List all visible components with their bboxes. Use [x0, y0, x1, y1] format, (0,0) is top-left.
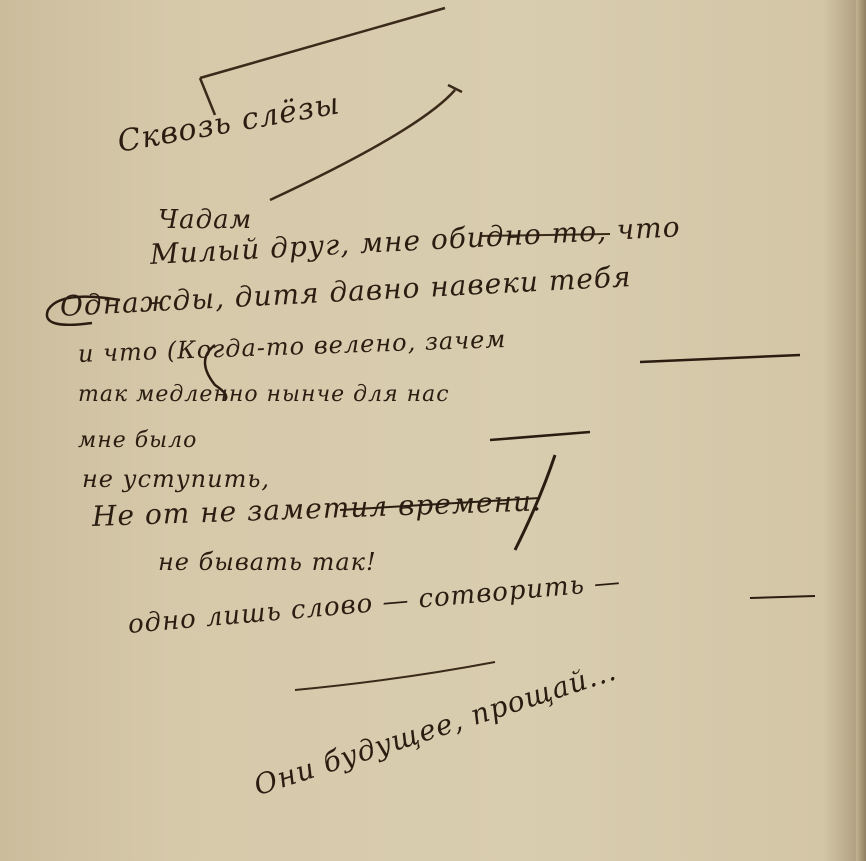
text-line-5: мне было	[78, 428, 197, 453]
text-line-4: так медленно нынче для нас	[78, 382, 450, 407]
text-line-8: не бывать так!	[158, 548, 377, 576]
text-line-6: не уступить,	[82, 465, 270, 493]
salutation-line: Чадам	[158, 205, 252, 235]
